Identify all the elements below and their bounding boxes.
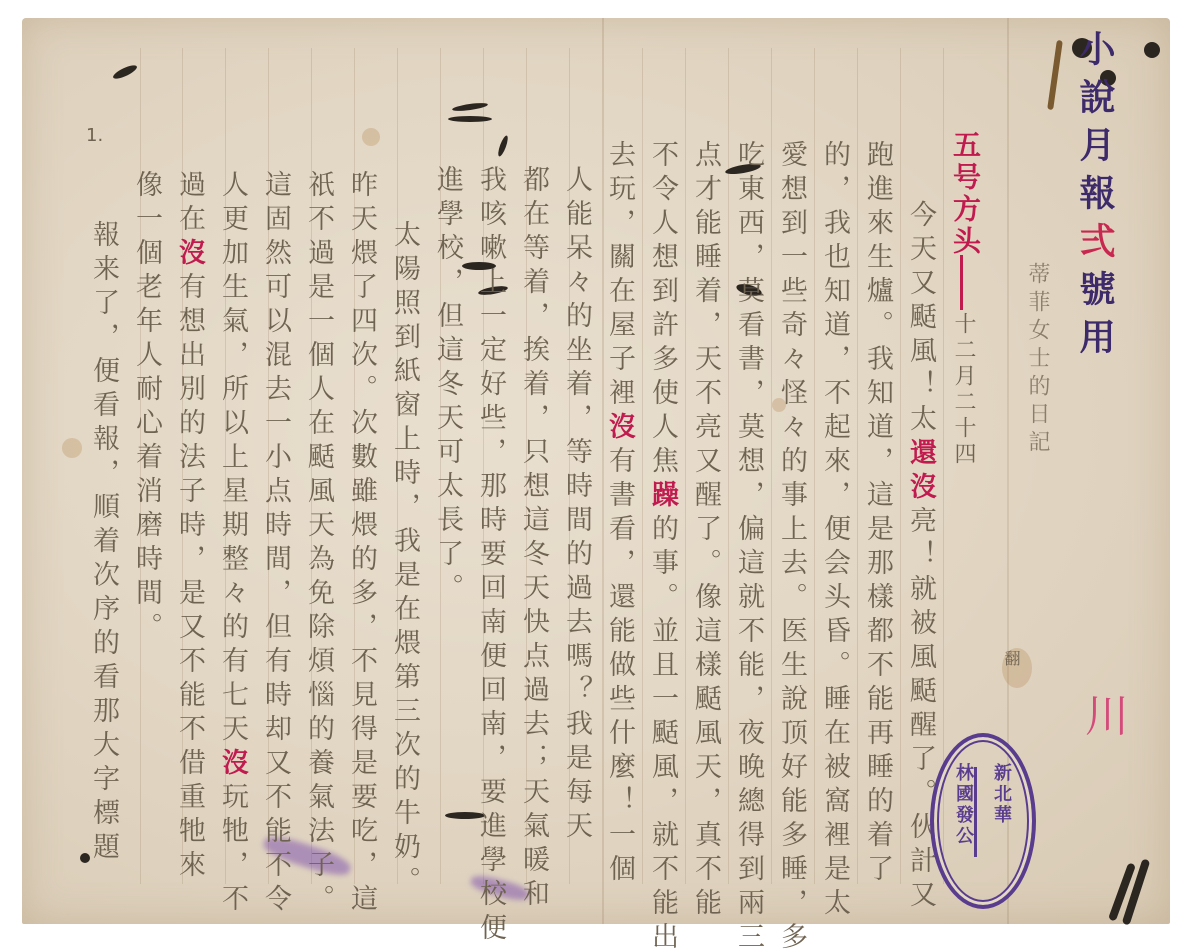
ink-blot bbox=[448, 116, 492, 122]
instruction-line bbox=[960, 255, 963, 310]
text-column: 報来了，便看報，順着次序的看那大字標題 bbox=[88, 220, 118, 866]
text-column: 人更加生氣，所以上星期整々的有七天沒玩牠，不 bbox=[217, 170, 247, 918]
author-note: 蒂菲女士的日記 bbox=[1022, 262, 1053, 458]
margin-note: 翻 bbox=[1000, 650, 1023, 666]
seal-text-right: 新北華 bbox=[988, 763, 1014, 826]
purple-oval-seal: 林國發公 新北華 bbox=[930, 733, 1036, 909]
text-column: 吃東西，莫看書，莫想，偏這就不能，夜晚總得到兩三 bbox=[733, 140, 763, 952]
text-column: 太陽照到紙窗上時，我是在煨第三次的牛奶。 bbox=[389, 220, 419, 900]
text-column: 進學校，但這冬天可太長了。 bbox=[432, 165, 462, 607]
foxing-stain bbox=[62, 438, 82, 458]
text-column: 我咳嗽上一定好些，那時要回南便回南，要進學校便 bbox=[475, 165, 505, 947]
text-column: 去玩，關在屋子裡沒有書看，還能做些什麼！一個 bbox=[604, 140, 634, 888]
grid-rule bbox=[900, 48, 901, 884]
text-column: 過在沒有想出別的法子時，是又不能不借重牠來 bbox=[174, 170, 204, 884]
grid-rule bbox=[857, 48, 858, 884]
issue-number: 弍 bbox=[1074, 222, 1116, 270]
page-number: 1. bbox=[86, 125, 103, 146]
seal-text-left: 林國發公 bbox=[950, 763, 976, 847]
typesetting-instruction: 五号方头 bbox=[945, 130, 985, 258]
grid-rule bbox=[642, 48, 643, 884]
entry-date: 十二月二十四 bbox=[948, 312, 979, 468]
magazine-header-stamp: 小說月報弍號用 bbox=[1070, 30, 1121, 366]
text-column: 的，我也知道，不起來，便会头昏。睡在被窩裡是太 bbox=[819, 140, 849, 922]
text-column: 像一個老年人耐心着消磨時間。 bbox=[131, 170, 161, 646]
text-column: 不令人想到許多使人焦躁的事。並且一颳風，就不能出 bbox=[647, 140, 677, 952]
text-column: 愛想到一些奇々怪々的事上去。医生說顶好能多睡，多 bbox=[776, 140, 806, 952]
red-corner-mark: 川 bbox=[1085, 680, 1129, 744]
text-column: 点才能睡着，天不亮又醒了。像這樣颳風天，真不能 bbox=[690, 140, 720, 922]
grid-rule bbox=[943, 48, 944, 884]
magazine-title: 小說月報 bbox=[1074, 30, 1116, 222]
seal-divider bbox=[974, 767, 977, 857]
text-column: 這固然可以混去一小点時間，但有時却又不能不令 bbox=[260, 170, 290, 918]
text-column: 跑進來生爐。我知道，這是那樣都不能再睡的着了 bbox=[862, 140, 892, 888]
grid-rule bbox=[685, 48, 686, 884]
header-suffix: 號用 bbox=[1074, 270, 1116, 366]
ink-blot bbox=[1144, 42, 1160, 58]
foxing-stain bbox=[362, 128, 380, 146]
text-column: 人能呆々的坐着，等時間的過去嗎？我是每天 bbox=[561, 165, 591, 845]
grid-rule bbox=[814, 48, 815, 884]
text-column: 祇不過是一個人在颳風天為免除煩惱的養氣法子。 bbox=[303, 170, 333, 918]
text-column: 昨天煨了四次。次數雖煨的多，不見得是要吃，這 bbox=[346, 170, 376, 918]
grid-rule bbox=[771, 48, 772, 884]
text-column: 都在等着，挨着，只想這冬天快点過去；天氣暖和 bbox=[518, 165, 548, 913]
